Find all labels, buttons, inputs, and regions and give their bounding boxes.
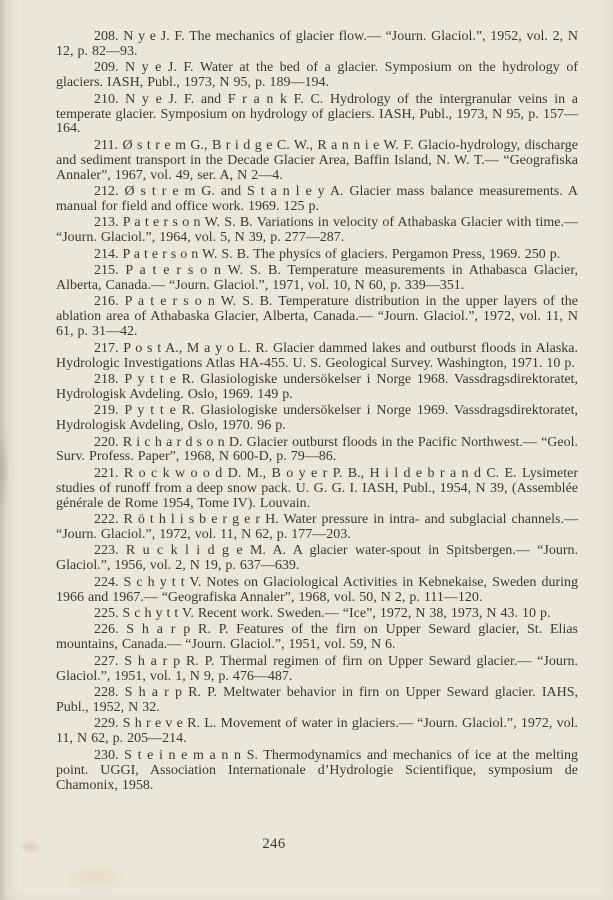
- reference-entry: 219. P y t t e R. Glasiologiske undersök…: [56, 404, 578, 434]
- reference-entry: 208. N y e J. F. The mechanics of glacie…: [56, 30, 578, 60]
- reference-entry: 212. Ø s t r e m G. and S t a n l e y A.…: [56, 185, 578, 215]
- reference-entry: 220. R i c h a r d s o n D. Glacier outb…: [56, 436, 578, 466]
- reference-entry: 228. S h a r p R. P. Meltwater behavior …: [56, 686, 578, 716]
- reference-entry: 230. S t e i n e m a n n S. Thermodynami…: [56, 749, 578, 794]
- reference-entry: 209. N y e J. F. Water at the bed of a g…: [56, 61, 578, 91]
- reference-entry: 221. R o c k w o o d D. M., B o y e r P.…: [56, 467, 578, 512]
- reference-entry: 226. S h a r p R. P. Features of the fir…: [56, 623, 578, 653]
- reference-entry: 215. P a t e r s o n W. S. B. Temperatur…: [56, 264, 578, 294]
- reference-entry: 216. P a t e r s o n W. S. B. Temperatur…: [56, 295, 578, 340]
- reference-list: 208. N y e J. F. The mechanics of glacie…: [56, 30, 578, 795]
- reference-entry: 211. Ø s t r e m G., B r i d g e C. W., …: [56, 139, 578, 184]
- reference-entry: 210. N y e J. F. and F r a n k F. C. Hyd…: [56, 93, 578, 138]
- reference-entry: 218. P y t t e R. Glasiologiske undersök…: [56, 373, 578, 403]
- reference-entry: 225. S c h y t t V. Recent work. Sweden.…: [56, 607, 578, 622]
- scanned-bibliography-page: 208. N y e J. F. The mechanics of glacie…: [0, 0, 613, 900]
- page-number: 246: [56, 836, 492, 853]
- reference-entry: 214. P a t e r s o n W. S. B. The physic…: [56, 248, 578, 263]
- reference-entry: 229. S h r e v e R. L. Movement of water…: [56, 717, 578, 747]
- reference-entry: 227. S h a r p R. P. Thermal regimen of …: [56, 655, 578, 685]
- reference-entry: 217. P o s t A., M a y o L. R. Glacier d…: [56, 342, 578, 372]
- reference-entry: 213. P a t e r s o n W. S. B. Variations…: [56, 216, 578, 246]
- reference-entry: 224. S c h y t t V. Notes on Glaciologic…: [56, 576, 578, 606]
- reference-entry: 222. R ö t h l i s b e r g e r H. Water …: [56, 513, 578, 543]
- reference-entry: 223. R u c k l i d g e M. A. A glacier w…: [56, 544, 578, 574]
